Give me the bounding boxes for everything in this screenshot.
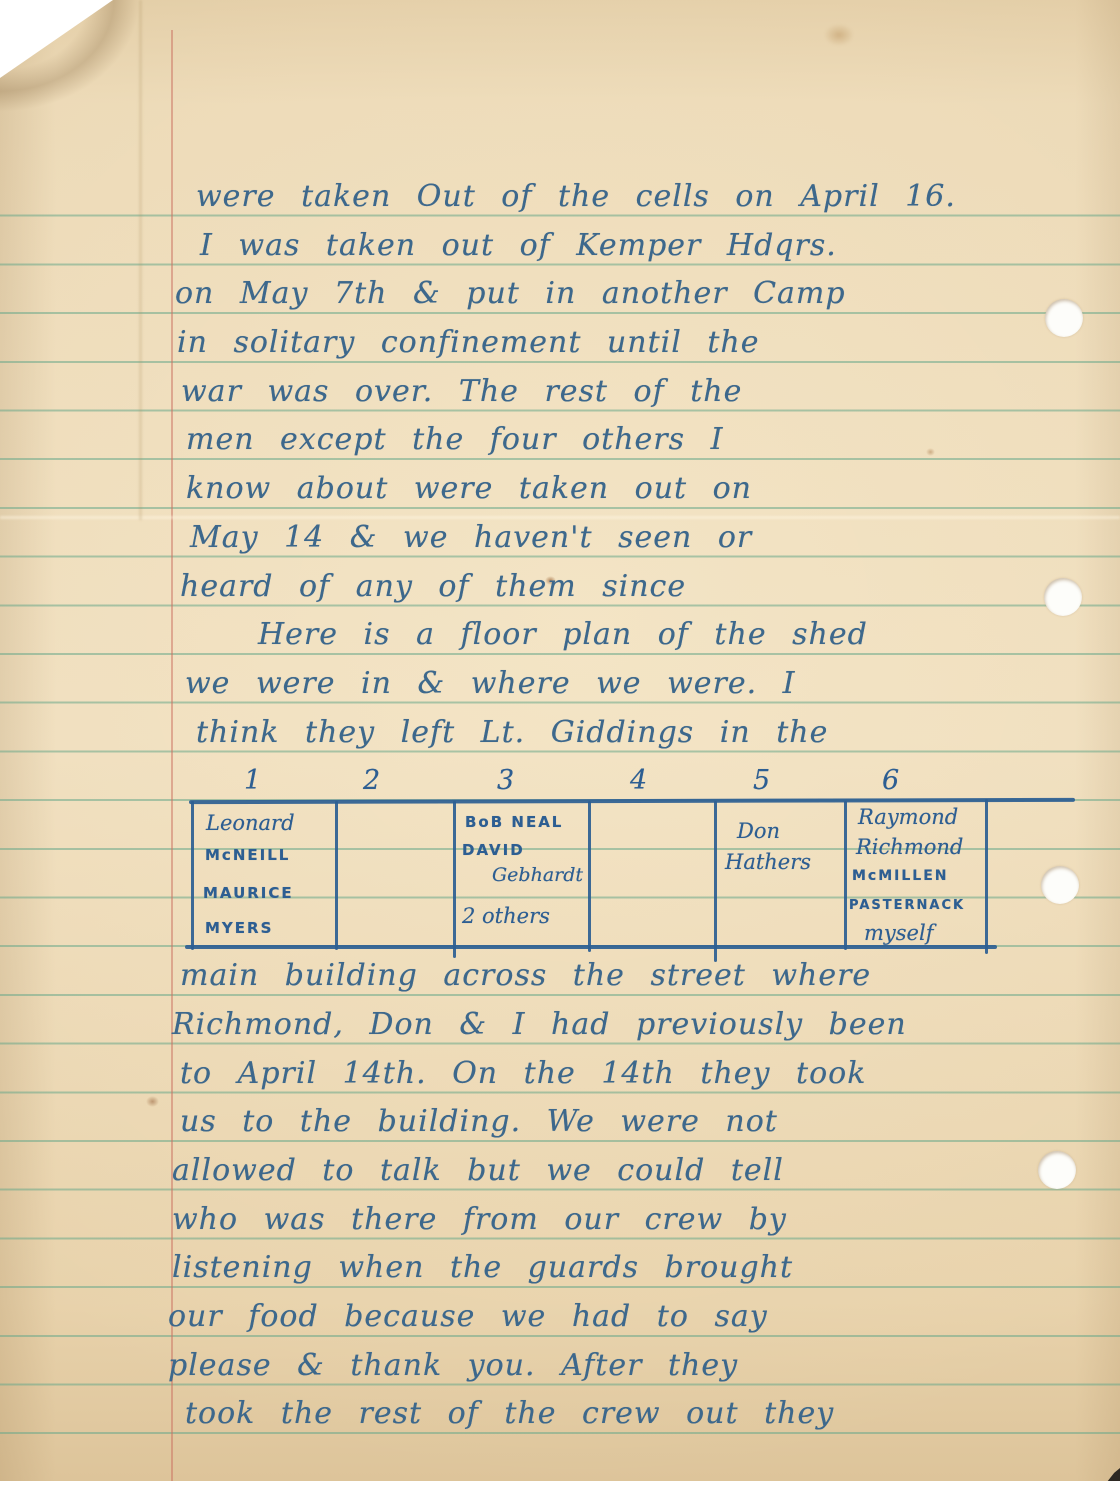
handwritten-line: who was there from our crew by [172, 1202, 787, 1238]
hole-punch [1041, 866, 1079, 904]
floor-plan-occupant: Gebhardt [492, 862, 583, 888]
handwritten-line: men except the four others I [186, 422, 723, 458]
hole-punch [1044, 578, 1082, 616]
paper-sheet: were taken Out of the cells on April 16.… [0, 0, 1120, 1481]
floor-plan-column-label: 4 [630, 764, 647, 798]
floor-plan-column-label: 5 [753, 764, 770, 798]
hole-punch [1045, 299, 1083, 337]
handwritten-line: allowed to talk but we could tell [172, 1153, 784, 1189]
table-vertical-line [335, 801, 338, 950]
handwritten-line: think they left Lt. Giddings in the [196, 715, 828, 751]
handwritten-line: on May 7th & put in another Camp [175, 276, 846, 312]
handwritten-line: us to the building. We were not [180, 1104, 778, 1140]
handwritten-line: we were in & where we were. I [185, 666, 796, 702]
floor-plan-occupant: McNEILL [205, 845, 290, 865]
handwritten-line: know about were taken out on [186, 471, 752, 507]
table-vertical-line [714, 801, 717, 962]
handwritten-line: Richmond, Don & I had previously been [172, 1007, 907, 1043]
handwritten-line: in solitary confinement until the [177, 325, 760, 361]
handwritten-line: our food because we had to say [168, 1299, 768, 1335]
hole-punch [1038, 1151, 1076, 1189]
edge-mark [1107, 1468, 1120, 1482]
handwritten-line: please & thank you. After they [168, 1348, 738, 1384]
table-vertical-line [588, 801, 591, 952]
vertical-crease [139, 0, 142, 520]
floor-plan-occupant: Hathers [725, 849, 811, 875]
handwritten-line: May 14 & we haven't seen or [190, 520, 752, 556]
floor-plan-column-label: 2 [363, 764, 380, 798]
table-vertical-line [453, 801, 456, 958]
handwritten-line: listening when the guards brought [172, 1250, 793, 1286]
handwritten-line: to April 14th. On the 14th they took [180, 1056, 866, 1092]
floor-plan-occupant: BoB NEAL [465, 812, 563, 832]
floor-plan-occupant: Richmond [856, 834, 963, 860]
table-vertical-line [985, 799, 988, 954]
floor-plan-occupant: myself [864, 920, 933, 946]
horizontal-crease [0, 516, 1120, 519]
handwritten-line: Here is a floor plan of the shed [258, 617, 868, 653]
floor-plan-column-label: 1 [244, 764, 261, 798]
floor-plan-occupant: Raymond [858, 804, 958, 830]
handwritten-line: took the rest of the crew out they [185, 1396, 834, 1432]
floor-plan-column-label: 3 [497, 764, 514, 798]
floor-plan-column-label: 6 [882, 764, 899, 798]
paper-stain [926, 448, 935, 456]
floor-plan-occupant: McMILLEN [852, 866, 949, 886]
floor-plan-occupant: PASTERNACK [849, 896, 965, 916]
ink-stain [146, 1096, 159, 1107]
floor-plan-occupant: 2 others [462, 903, 550, 929]
floor-plan-occupant: Leonard [206, 810, 295, 836]
floor-plan-occupant: DAVID [462, 840, 525, 860]
paper-stain [824, 24, 854, 46]
folded-corner-shadow [0, 0, 230, 200]
handwritten-line: heard of any of them since [180, 569, 686, 605]
floor-plan-occupant: MAURICE [203, 883, 294, 903]
table-vertical-line [844, 801, 847, 950]
handwritten-line: war was over. The rest of the [181, 374, 742, 410]
floor-plan-occupant: Don [737, 818, 780, 844]
floor-plan-occupant: MYERS [205, 918, 273, 938]
handwritten-line: main building across the street where [180, 958, 871, 994]
handwritten-line: I was taken out of Kemper Hdqrs. [200, 228, 837, 264]
table-vertical-line [191, 801, 194, 950]
handwritten-line: were taken Out of the cells on April 16. [196, 179, 956, 215]
